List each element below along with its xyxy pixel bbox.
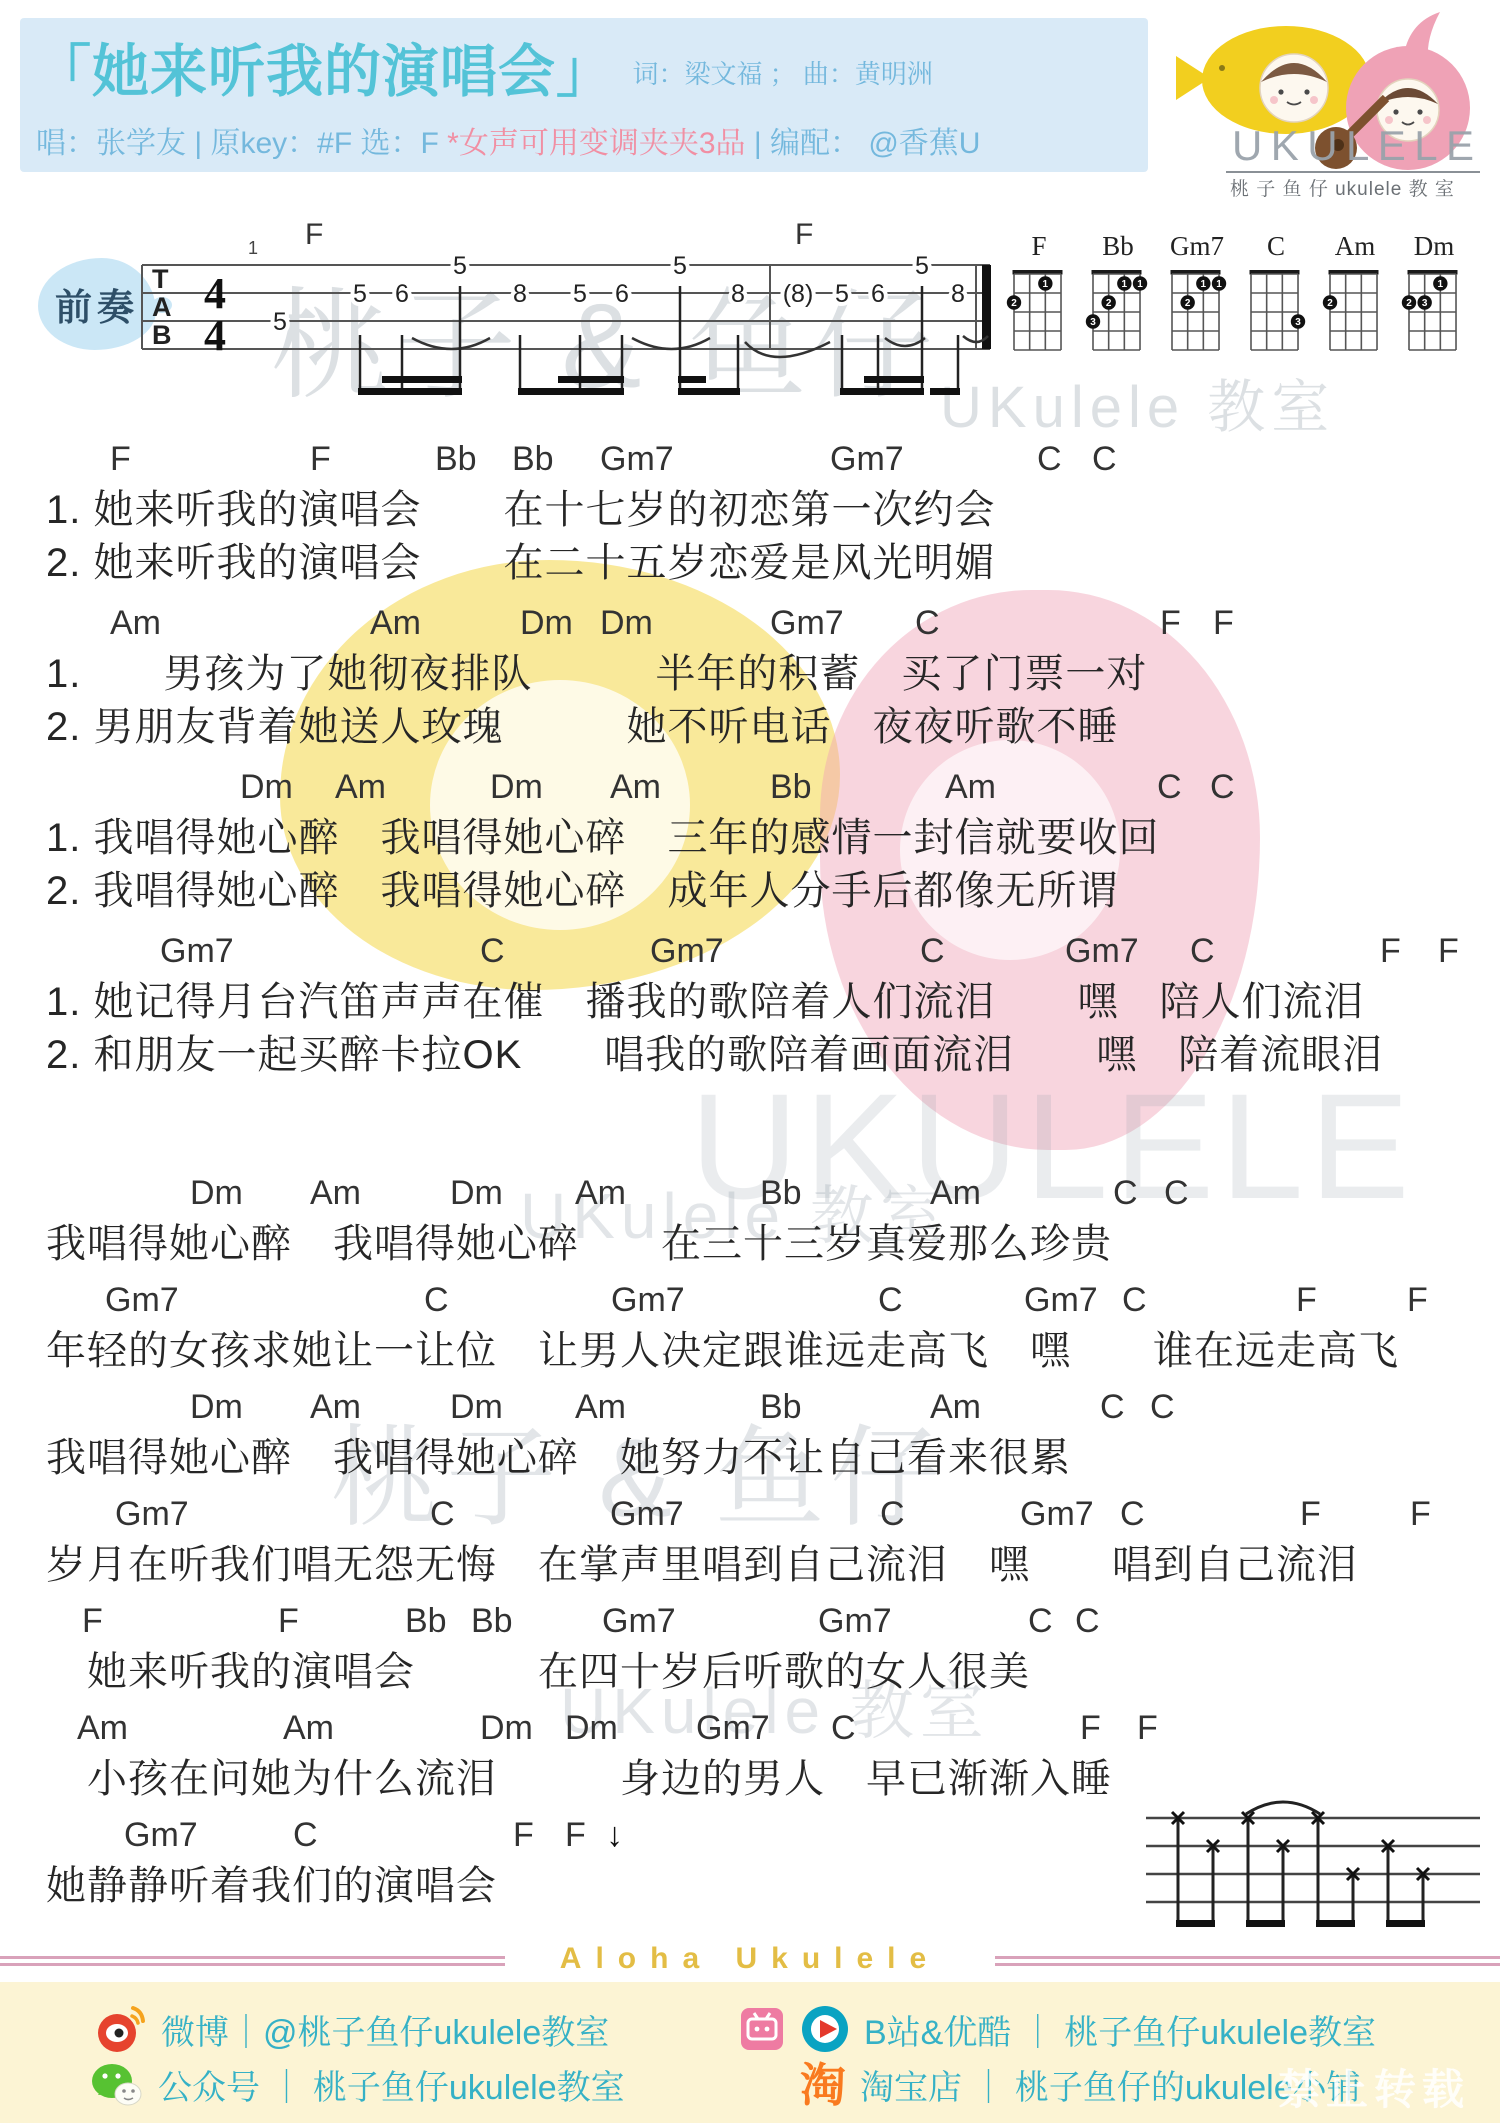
chord-label: Bb [760,1174,802,1213]
chord-row: DmAmDmAmBbAmCC [0,1174,1500,1218]
taobao-icon: 淘 [800,2062,846,2108]
chord-label: C [920,932,945,971]
finger-number: 2 [1406,298,1412,309]
song-section: DmAmDmAmBbAmCC1. 我唱得她心醉 我唱得她心碎 三年的感情一封信就… [0,768,1500,918]
chord-label: Am [77,1709,128,1748]
chord-label: F [1300,1495,1321,1534]
tab-note: 5 [835,280,849,308]
chord-label: C [1120,1495,1145,1534]
chord-label: C [1122,1281,1147,1320]
lyric-line: 岁月在听我们唱无怨无悔 在掌声里唱到自己流泪 嘿 唱到自己流泪 [0,1539,1500,1592]
chord-diagram-Gm7: Gm7211 [1164,230,1230,363]
chord-label: Dm [520,604,573,643]
chord-label: Gm7 [696,1709,770,1748]
lyric-line: 年轻的女孩求她让一让位 让男人决定跟谁远走高飞 嘿 谁在远走高飞 [0,1325,1500,1378]
chord-label: F [82,1602,103,1641]
chord-label: Bb [405,1602,447,1641]
footer: 微博｜@桃子鱼仔ukulele教室 B站&优酷 ｜ 桃子鱼仔ukulele教室 [0,1982,1500,2123]
chord-label: Am [310,1388,361,1427]
song-section: AmAmDmDmGm7CFF 小孩在问她为什么流泪 身边的男人 早已渐渐入睡 [0,1709,1500,1806]
chord-diagram-label: C [1243,230,1309,262]
chord-label: F [1380,932,1401,971]
chord-label: C [1075,1602,1100,1641]
chord-label: Gm7 [650,932,724,971]
chord-label: C [1150,1388,1175,1427]
chord-label: F [1160,604,1181,643]
chord-label: Gm7 [1024,1281,1098,1320]
footer-video-label: B站&优酷 ｜ 桃子鱼仔ukulele教室 [864,2005,1376,2054]
wechat-icon [90,2061,144,2109]
lyric-line: 2. 她来听我的演唱会 在二十五岁恋爱是风光明媚 [0,537,1500,590]
chord-label: Am [945,768,996,807]
tab-chord-mark: F [305,220,323,251]
chord-label: Am [610,768,661,807]
chord-label: C [831,1709,856,1748]
chord-row: Gm7CGm7CGm7CFF [0,932,1500,976]
chord-label: F [1438,932,1459,971]
chord-label: C [878,1281,903,1320]
bilibili-youku-icon [740,2005,786,2053]
chord-label: Am [930,1174,981,1213]
chord-label: Am [370,604,421,643]
chord-diagram-label: F [1006,230,1072,262]
song-section: DmAmDmAmBbAmCC我唱得她心醉 我唱得她心碎 在三十三岁真爱那么珍贵 [0,1174,1500,1271]
chord-label: C [1164,1174,1189,1213]
chord-row: DmAmDmAmBbAmCC [0,1388,1500,1432]
tab-note: 5 [573,280,587,308]
chord-label: Dm [450,1174,503,1213]
song-section: Gm7CGm7CGm7CFF年轻的女孩求她让一让位 让男人决定跟谁远走高飞 嘿 … [0,1281,1500,1378]
chord-row: Gm7CGm7CGm7CFF [0,1495,1500,1539]
tab-note: 8 [513,280,527,308]
chord-label: Gm7 [160,932,234,971]
chord-label: Am [930,1388,981,1427]
divider-line [0,1956,505,1966]
chord-label: Dm [240,768,293,807]
youku-icon [800,2004,850,2054]
chord-diagram-C: C3 [1243,230,1309,363]
aloha-divider: Aloha Ukulele [0,1942,1500,1982]
footer-taobao: 淘 淘宝店 ｜ 桃子鱼仔的ukulele小铺 [800,2060,1361,2109]
chord-label: Gm7 [602,1602,676,1641]
copyright-watermark: 禁止转载 [1278,2057,1470,2117]
song-section: FFBbBbGm7Gm7CC 她来听我的演唱会 在四十岁后听歌的女人很美 [0,1602,1500,1699]
chord-label: F [1080,1709,1101,1748]
chord-label: Dm [190,1388,243,1427]
song-section: FFBbBbGm7Gm7CC1. 她来听我的演唱会 在十七岁的初恋第一次约会2.… [0,440,1500,590]
chord-label: Gm7 [115,1495,189,1534]
chord-label: Gm7 [770,604,844,643]
chord-label: Dm [190,1174,243,1213]
chord-label: Gm7 [600,440,674,479]
finger-number: 3 [1090,317,1096,328]
chord-diagram-label: Am [1322,230,1388,262]
chord-diagram-Bb: Bb3211 [1085,230,1151,363]
chord-row: Gm7CGm7CGm7CFF [0,1281,1500,1325]
tab-note: 8 [951,280,965,308]
chord-label: C [880,1495,905,1534]
footer-wechat: 公众号 ｜ 桃子鱼仔ukulele教室 [90,2060,625,2109]
footer-weibo: 微博｜@桃子鱼仔ukulele教室 [95,2004,609,2054]
chord-row: AmAmDmDmGm7CFF [0,1709,1500,1753]
chord-label: F [1407,1281,1428,1320]
song-credits: 词：梁文福 ； 曲：黄明洲 [632,54,932,91]
chord-row: AmAmDmDmGm7CFF [0,604,1500,648]
studio-logo: UKULELE 桃 子 鱼 仔 ukulele 教 室 [1168,8,1490,200]
chord-label: Dm [480,1709,533,1748]
song-section: AmAmDmDmGm7CFF1. 男孩为了她彻夜排队 半年的积蓄 买了门票一对2… [0,604,1500,754]
chord-label: Dm [600,604,653,643]
lyric-line: 1. 她来听我的演唱会 在十七岁的初恋第一次约会 [0,484,1500,537]
chord-label: Gm7 [610,1495,684,1534]
chord-diagram-label: Gm7 [1164,230,1230,262]
chord-label: Gm7 [124,1816,198,1855]
chord-label: Am [575,1388,626,1427]
tab-letter-b: B [152,320,172,350]
finger-number: 2 [1011,298,1017,309]
chord-label: F [1213,604,1234,643]
finger-number: 2 [1185,298,1191,309]
finger-number: 1 [1216,279,1222,290]
tab-note: 5 [453,252,467,280]
lyric-line: 她来听我的演唱会 在四十岁后听歌的女人很美 [0,1646,1500,1699]
chord-label: Gm7 [818,1602,892,1641]
chord-label: C [1037,440,1062,479]
chord-diagram-Am: Am2 [1322,230,1388,363]
chord-label: C [1028,1602,1053,1641]
chord-label: Gm7 [611,1281,685,1320]
tab-note: 6 [871,280,885,308]
lyric-line: 2. 男朋友背着她送人玫瑰 她不听电话 夜夜听歌不睡 [0,701,1500,754]
finger-number: 1 [1201,279,1207,290]
chord-diagram-F: F21 [1006,230,1072,363]
meta-capo-note: *女声可用变调夹夹3品 [447,127,745,160]
chord-diagram-label: Dm [1401,230,1467,262]
chord-row: DmAmDmAmBbAmCC [0,768,1500,812]
chord-label: C [430,1495,455,1534]
chord-label: C [1190,932,1215,971]
chord-diagram-row: F21Bb3211Gm7211C3Am2Dm231 [1006,230,1467,363]
logo-studio-text: 桃 子 鱼 仔 ukulele 教 室 [1230,178,1455,200]
lyric-line: 1. 她记得月台汽笛声声在催 播我的歌陪着人们流泪 嘿 陪人们流泪 [0,976,1500,1029]
finger-number: 2 [1106,298,1112,309]
header-band: 「她来听我的演唱会」 词：梁文福 ； 曲：黄明洲 唱：张学友 | 原key：#F… [20,18,1148,172]
chord-label: Dm [450,1388,503,1427]
footer-video: B站&优酷 ｜ 桃子鱼仔ukulele教室 [740,2004,1376,2054]
divider-text: Aloha Ukulele [560,1942,940,1976]
chord-label: Bb [471,1602,513,1641]
meta-arranger: | 编配： @香蕉U [754,127,981,160]
chord-label: C [1113,1174,1138,1213]
lyric-line: 1. 男孩为了她彻夜排队 半年的积蓄 买了门票一对 [0,648,1500,701]
chord-label: C [1210,768,1235,807]
finger-number: 1 [1122,279,1128,290]
song-section: Gm7CGm7CGm7CFF1. 她记得月台汽笛声声在催 播我的歌陪着人们流泪 … [0,932,1500,1082]
chord-label: Gm7 [830,440,904,479]
chord-label: Bb [760,1388,802,1427]
lyric-line: 1. 我唱得她心醉 我唱得她心碎 三年的感情一封信就要收回 [0,812,1500,865]
tab-letter-a: A [152,292,172,322]
finger-number: 1 [1137,279,1143,290]
chord-label: Bb [512,440,554,479]
finger-number: 1 [1438,279,1444,290]
tab-note: 5 [915,252,929,280]
lyrics-area: FFBbBbGm7Gm7CC1. 她来听我的演唱会 在十七岁的初恋第一次约会2.… [0,440,1500,1923]
chord-label: C [1157,768,1182,807]
tab-note: (8) [783,280,814,308]
chord-label: Dm [565,1709,618,1748]
tab-note: 5 [273,308,287,336]
chord-label: F [278,1602,299,1641]
chord-label: Dm [490,768,543,807]
finger-number: 3 [1422,298,1428,309]
chord-label: C [480,932,505,971]
measure-number: 1 [248,238,258,258]
song-section: Gm7CGm7CGm7CFF岁月在听我们唱无怨无悔 在掌声里唱到自己流泪 嘿 唱… [0,1495,1500,1592]
tab-note: 5 [353,280,367,308]
song-section: DmAmDmAmBbAmCC我唱得她心醉 我唱得她心碎 她努力不让自己看来很累 [0,1388,1500,1485]
chord-label: F [513,1816,534,1855]
chord-sheet-page: 桃子 & 鱼仔UKulele 教室UKULELEUKulele 教室桃子 & 鱼… [0,0,1500,2123]
tab-note: 8 [731,280,745,308]
lyric-line: 2. 我唱得她心醉 我唱得她心碎 成年人分手后都像无所谓 [0,865,1500,918]
chord-label: Gm7 [1020,1495,1094,1534]
divider-line [995,1956,1500,1966]
intro-tab-staff: T A B 4 4 1 FF 556585658(8)5658 [130,220,1005,435]
tab-chord-mark: F [795,220,813,251]
chord-label: F [1296,1281,1317,1320]
chord-label: Am [310,1174,361,1213]
tab-note: 6 [615,280,629,308]
chord-label: F [1137,1709,1158,1748]
chord-label: Gm7 [1065,932,1139,971]
chord-label: F [565,1816,586,1855]
time-sig-bottom: 4 [204,311,226,360]
chord-label: Am [575,1174,626,1213]
chord-label: C [293,1816,318,1855]
chord-label: C [915,604,940,643]
chord-diagram-label: Bb [1085,230,1151,262]
weibo-icon [95,2004,147,2054]
lyric-line: 我唱得她心醉 我唱得她心碎 她努力不让自己看来很累 [0,1432,1500,1485]
tab-note: 5 [673,252,687,280]
footer-weibo-label: 微博｜@桃子鱼仔ukulele教室 [161,2005,609,2054]
lyric-line: 2. 和朋友一起买醉卡拉OK 唱我的歌陪着画面流泪 嘿 陪着流眼泪 [0,1029,1500,1082]
finger-number: 2 [1327,298,1333,309]
tab-letter-t: T [152,264,169,294]
meta-singer-key: 唱：张学友 | 原key：#F 选：F [36,127,447,160]
chord-label: F [310,440,331,479]
footer-wechat-label: 公众号 ｜ 桃子鱼仔ukulele教室 [158,2060,625,2109]
finger-number: 3 [1295,317,1301,328]
page-title: 「她来听我的演唱会」 [34,26,614,108]
chord-label: Gm7 [105,1281,179,1320]
chord-diagram-Dm: Dm231 [1401,230,1467,363]
finger-number: 1 [1043,279,1049,290]
chord-label: C [424,1281,449,1320]
chord-label: C [1100,1388,1125,1427]
chord-label: Bb [435,440,477,479]
lyric-line: 我唱得她心醉 我唱得她心碎 在三十三岁真爱那么珍贵 [0,1218,1500,1271]
chord-label: F [110,440,131,479]
chord-label: Am [335,768,386,807]
tab-note: 6 [395,280,409,308]
chord-label: F [1410,1495,1431,1534]
chord-label: Am [110,604,161,643]
chord-row: FFBbBbGm7Gm7CC [0,1602,1500,1646]
song-meta: 唱：张学友 | 原key：#F 选：F *女声可用变调夹夹3品 | 编配： @香… [36,118,980,162]
chord-label: C [1092,440,1117,479]
chord-row: FFBbBbGm7Gm7CC [0,440,1500,484]
ending-tab [1138,1798,1488,1938]
chord-label: Am [283,1709,334,1748]
strum-down-arrow: ↓ [606,1816,623,1855]
chord-label: Bb [770,768,812,807]
